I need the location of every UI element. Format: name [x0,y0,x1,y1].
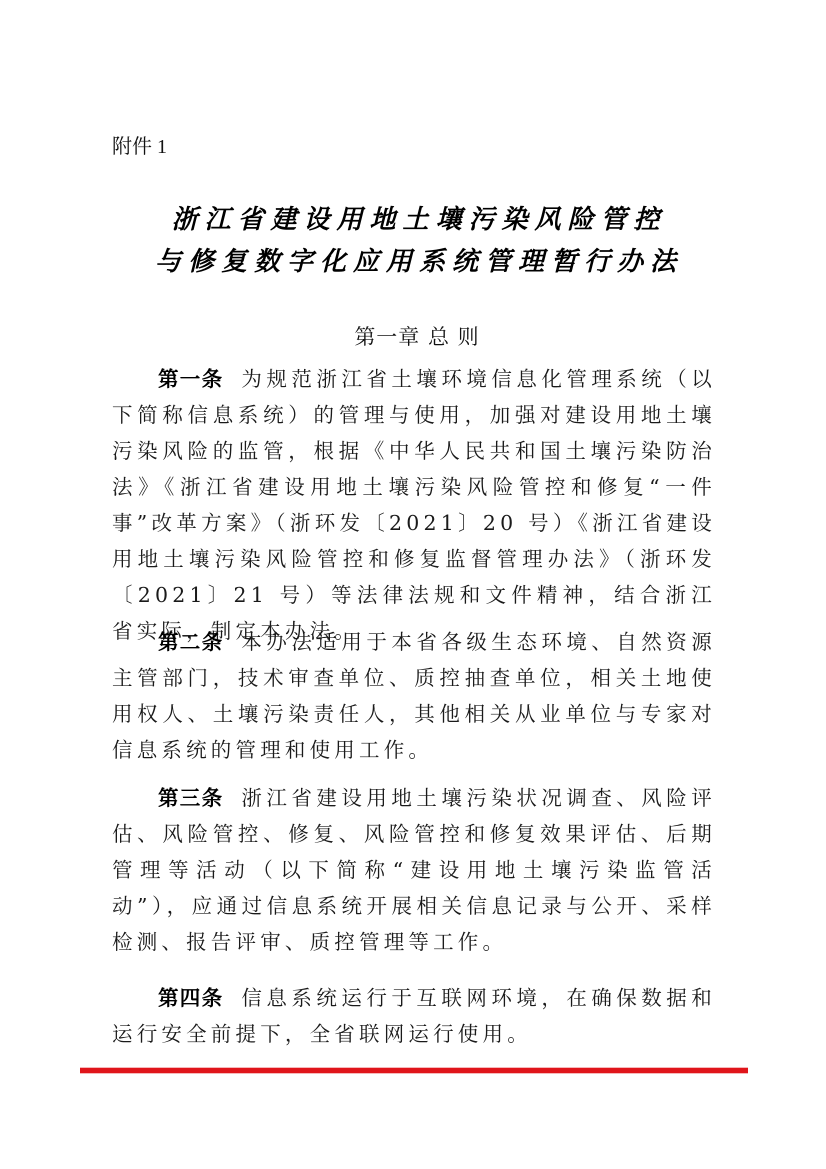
article-number: 第一条 [158,367,223,391]
footer-red-rule [80,1068,748,1073]
article-number: 第四条 [158,986,223,1010]
article-3: 第三条浙江省建设用地土壤污染状况调查、风险评估、风险管控、修复、风险管控和修复效… [112,780,716,960]
article-1: 第一条为规范浙江省土壤环境信息化管理系统（以下简称信息系统）的管理与使用，加强对… [112,361,716,649]
article-text: 为规范浙江省土壤环境信息化管理系统（以下简称信息系统）的管理与使用，加强对建设用… [112,367,716,643]
article-number: 第二条 [158,630,223,654]
article-text: 浙江省建设用地土壤污染状况调查、风险评估、风险管控、修复、风险管控和修复效果评估… [112,786,716,954]
chapter-heading: 第一章 总 则 [0,321,826,351]
article-4: 第四条信息系统运行于互联网环境，在确保数据和运行安全前提下，全省联网运行使用。 [112,980,716,1052]
document-title-line-1: 浙江省建设用地土壤污染风险管控 [6,198,826,242]
document-page: 附件 1 浙江省建设用地土壤污染风险管控 与修复数字化应用系统管理暂行办法 第一… [0,0,826,1169]
document-title-line-2: 与修复数字化应用系统管理暂行办法 [6,240,826,284]
article-number: 第三条 [158,786,223,810]
attachment-label: 附件 1 [112,130,167,159]
article-2: 第二条本办法适用于本省各级生态环境、自然资源主管部门，技术审查单位、质控抽查单位… [112,624,716,768]
